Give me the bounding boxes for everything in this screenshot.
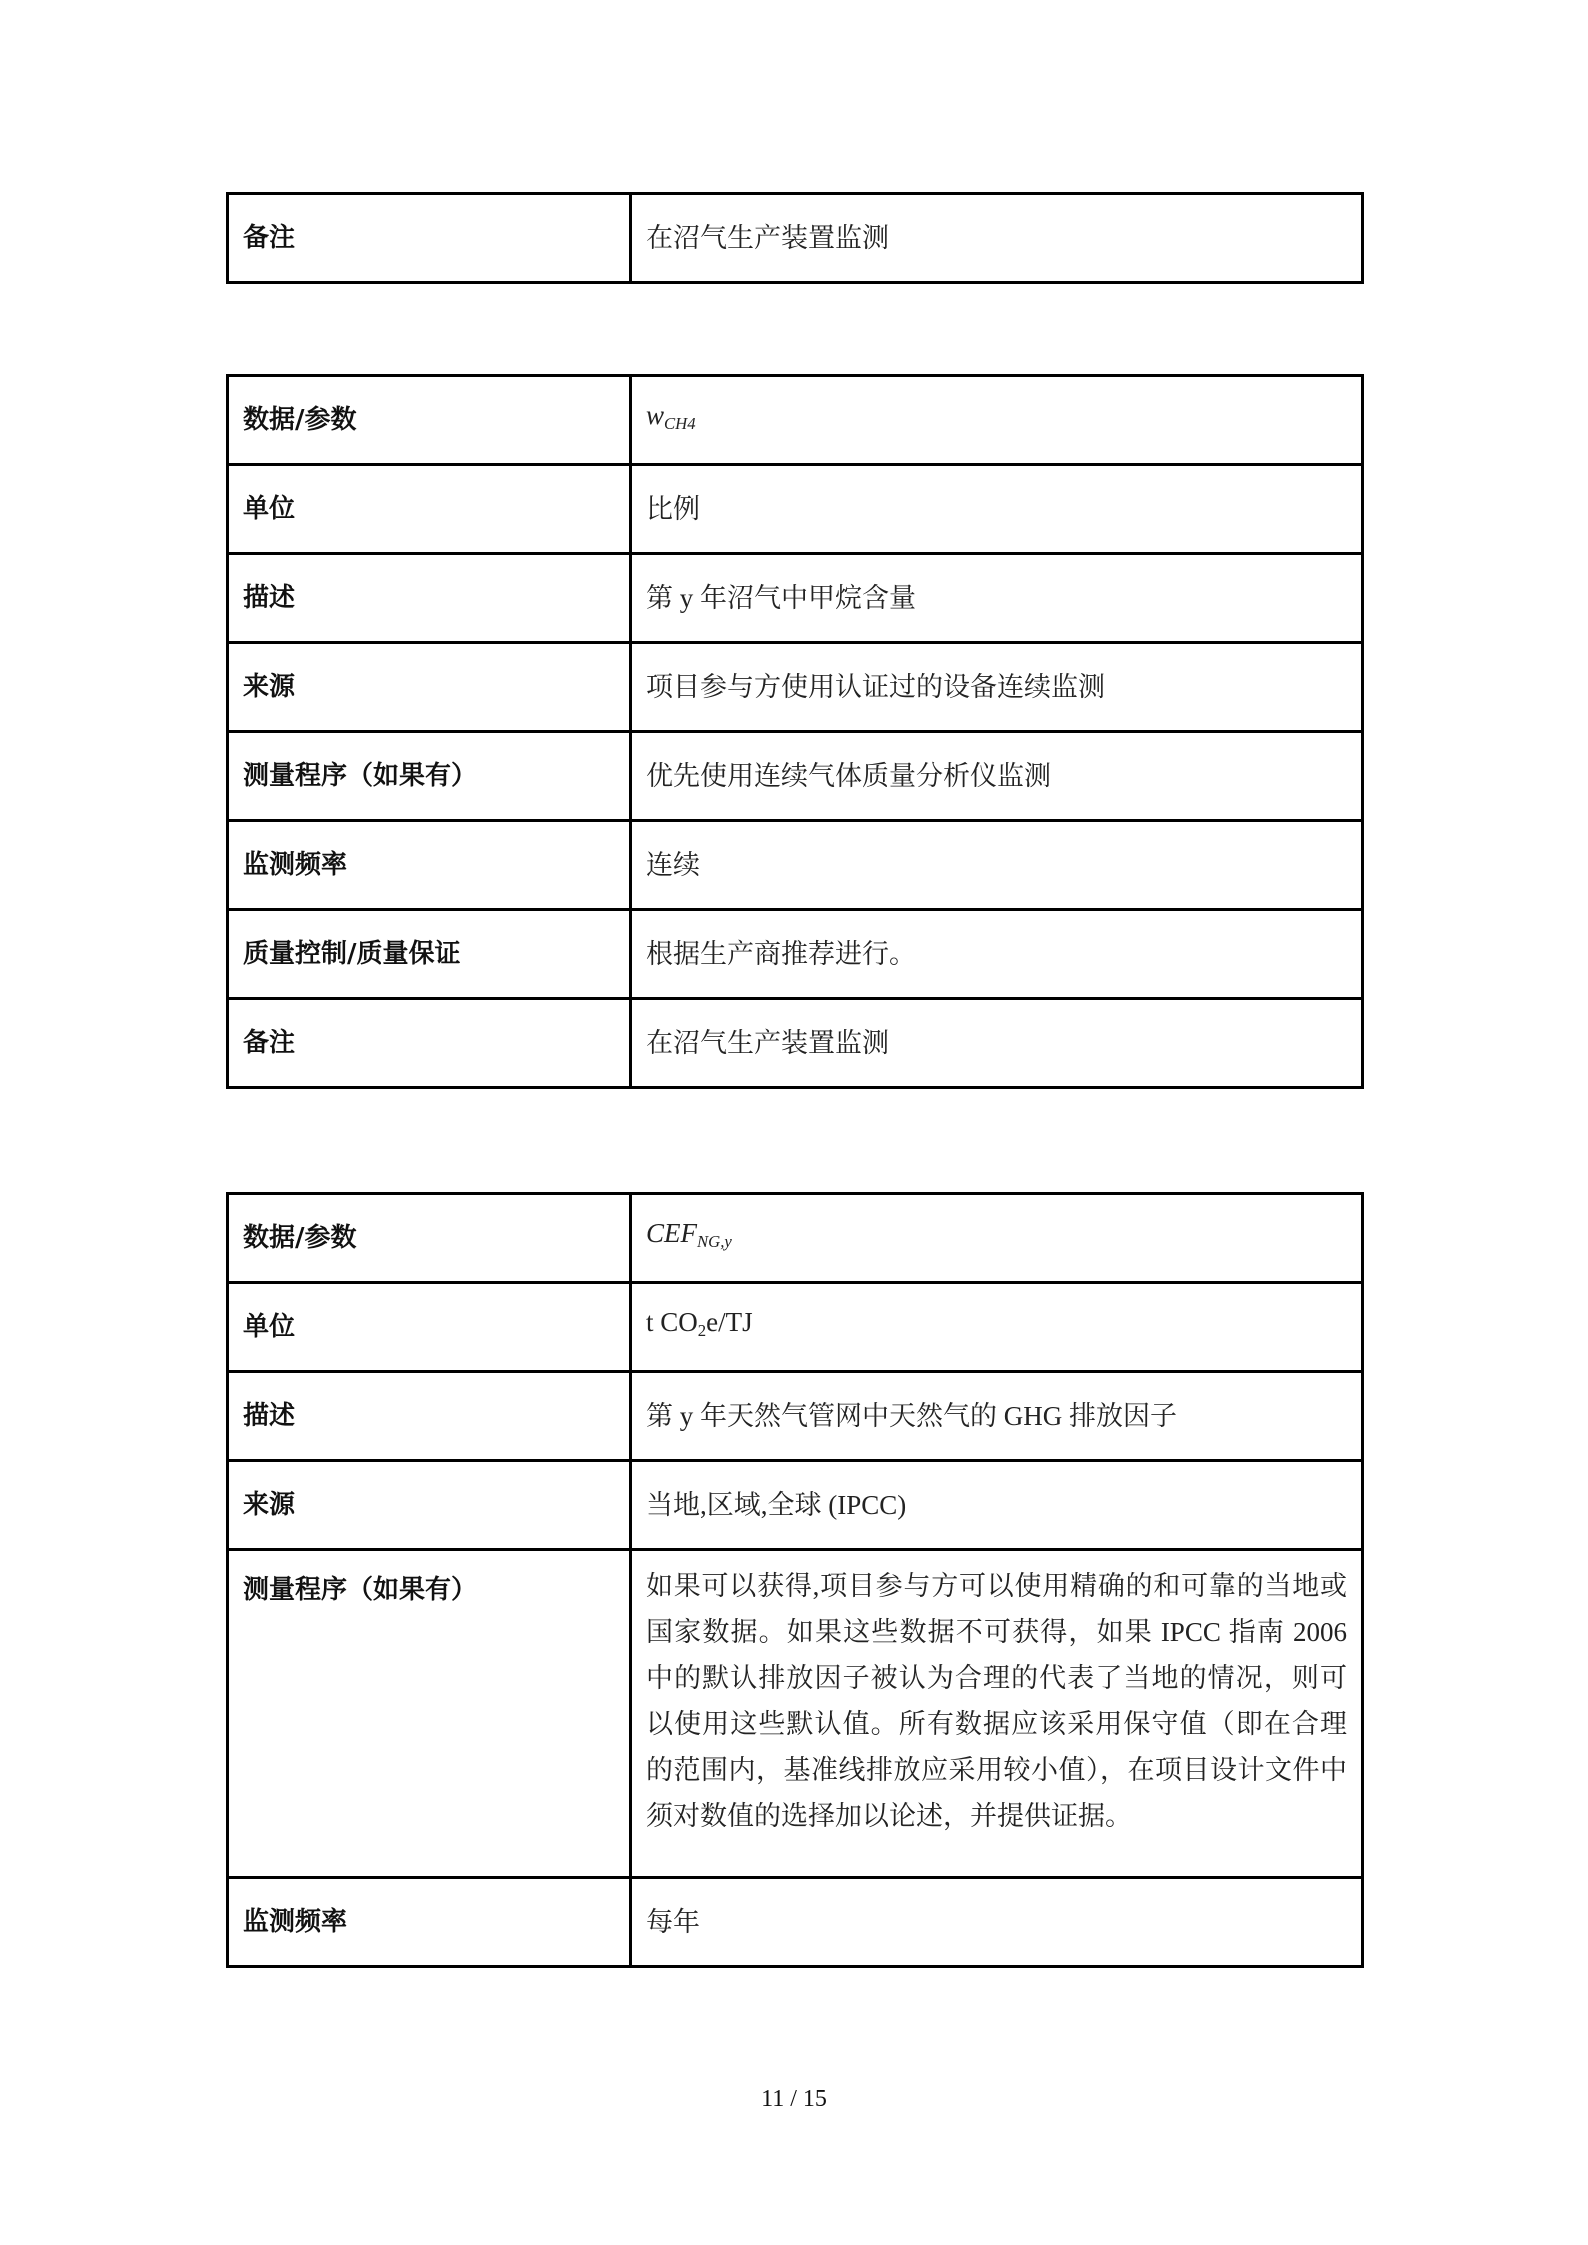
parameter-table-wch4: 数据/参数 wCH4 单位 比例 描述 第 y 年沼气中甲烷含量 来源 项目参与… bbox=[226, 374, 1364, 1089]
row-value: 当地,区域,全球 (IPCC) bbox=[631, 1461, 1363, 1550]
table-row-source: 来源 项目参与方使用认证过的设备连续监测 bbox=[228, 643, 1363, 732]
table-row-parameter: 数据/参数 wCH4 bbox=[228, 376, 1363, 465]
parameter-symbol: wCH4 bbox=[631, 376, 1363, 465]
row-value: 如果可以获得,项目参与方可以使用精确的和可靠的当地或国家数据。如果这些数据不可获… bbox=[631, 1550, 1363, 1878]
symbol-base: w bbox=[646, 400, 664, 430]
row-value: 项目参与方使用认证过的设备连续监测 bbox=[631, 643, 1363, 732]
table-row-procedure: 测量程序（如果有） 优先使用连续气体质量分析仪监测 bbox=[228, 732, 1363, 821]
parameter-table-cef-ng: 数据/参数 CEFNG,y 单位 t CO2e/TJ 描述 第 y 年天然气管网… bbox=[226, 1192, 1364, 1968]
row-value: 第 y 年沼气中甲烷含量 bbox=[631, 554, 1363, 643]
row-label: 描述 bbox=[228, 1372, 631, 1461]
parameter-table-continued: 备注 在沼气生产装置监测 bbox=[226, 192, 1364, 284]
row-label: 备注 bbox=[228, 194, 631, 283]
row-label: 测量程序（如果有） bbox=[228, 1550, 631, 1878]
row-label: 备注 bbox=[228, 999, 631, 1088]
page-number: 11 / 15 bbox=[0, 2086, 1588, 2113]
table-row-procedure: 测量程序（如果有） 如果可以获得,项目参与方可以使用精确的和可靠的当地或国家数据… bbox=[228, 1550, 1363, 1878]
row-label: 监测频率 bbox=[228, 1878, 631, 1967]
table-row-unit: 单位 t CO2e/TJ bbox=[228, 1283, 1363, 1372]
row-label: 测量程序（如果有） bbox=[228, 732, 631, 821]
symbol-subscript: NG,y bbox=[697, 1233, 732, 1252]
table-row-remarks: 备注 在沼气生产装置监测 bbox=[228, 999, 1363, 1088]
symbol-base: CEF bbox=[646, 1218, 697, 1248]
row-label: 数据/参数 bbox=[228, 376, 631, 465]
unit-value: t CO2e/TJ bbox=[631, 1283, 1363, 1372]
row-value: 第 y 年天然气管网中天然气的 GHG 排放因子 bbox=[631, 1372, 1363, 1461]
row-value: 每年 bbox=[631, 1878, 1363, 1967]
parameter-symbol: CEFNG,y bbox=[631, 1194, 1363, 1283]
table-row-unit: 单位 比例 bbox=[228, 465, 1363, 554]
row-label: 描述 bbox=[228, 554, 631, 643]
row-value: 比例 bbox=[631, 465, 1363, 554]
symbol-subscript: CH4 bbox=[664, 415, 696, 434]
table-row-description: 描述 第 y 年天然气管网中天然气的 GHG 排放因子 bbox=[228, 1372, 1363, 1461]
table-row-remarks: 备注 在沼气生产装置监测 bbox=[228, 194, 1363, 283]
row-label: 来源 bbox=[228, 1461, 631, 1550]
table-row-qa-qc: 质量控制/质量保证 根据生产商推荐进行。 bbox=[228, 910, 1363, 999]
row-label: 质量控制/质量保证 bbox=[228, 910, 631, 999]
table-row-frequency: 监测频率 连续 bbox=[228, 821, 1363, 910]
row-value: 在沼气生产装置监测 bbox=[631, 999, 1363, 1088]
unit-text: t CO bbox=[646, 1307, 698, 1337]
row-label: 来源 bbox=[228, 643, 631, 732]
row-value: 优先使用连续气体质量分析仪监测 bbox=[631, 732, 1363, 821]
table-row-description: 描述 第 y 年沼气中甲烷含量 bbox=[228, 554, 1363, 643]
table-row-parameter: 数据/参数 CEFNG,y bbox=[228, 1194, 1363, 1283]
row-label: 单位 bbox=[228, 1283, 631, 1372]
unit-subscript: 2 bbox=[698, 1322, 706, 1341]
row-label: 数据/参数 bbox=[228, 1194, 631, 1283]
row-value: 根据生产商推荐进行。 bbox=[631, 910, 1363, 999]
table-row-frequency: 监测频率 每年 bbox=[228, 1878, 1363, 1967]
row-label: 监测频率 bbox=[228, 821, 631, 910]
row-value: 连续 bbox=[631, 821, 1363, 910]
table-row-source: 来源 当地,区域,全球 (IPCC) bbox=[228, 1461, 1363, 1550]
row-label: 单位 bbox=[228, 465, 631, 554]
unit-text-end: e/TJ bbox=[706, 1307, 753, 1337]
row-value: 在沼气生产装置监测 bbox=[631, 194, 1363, 283]
